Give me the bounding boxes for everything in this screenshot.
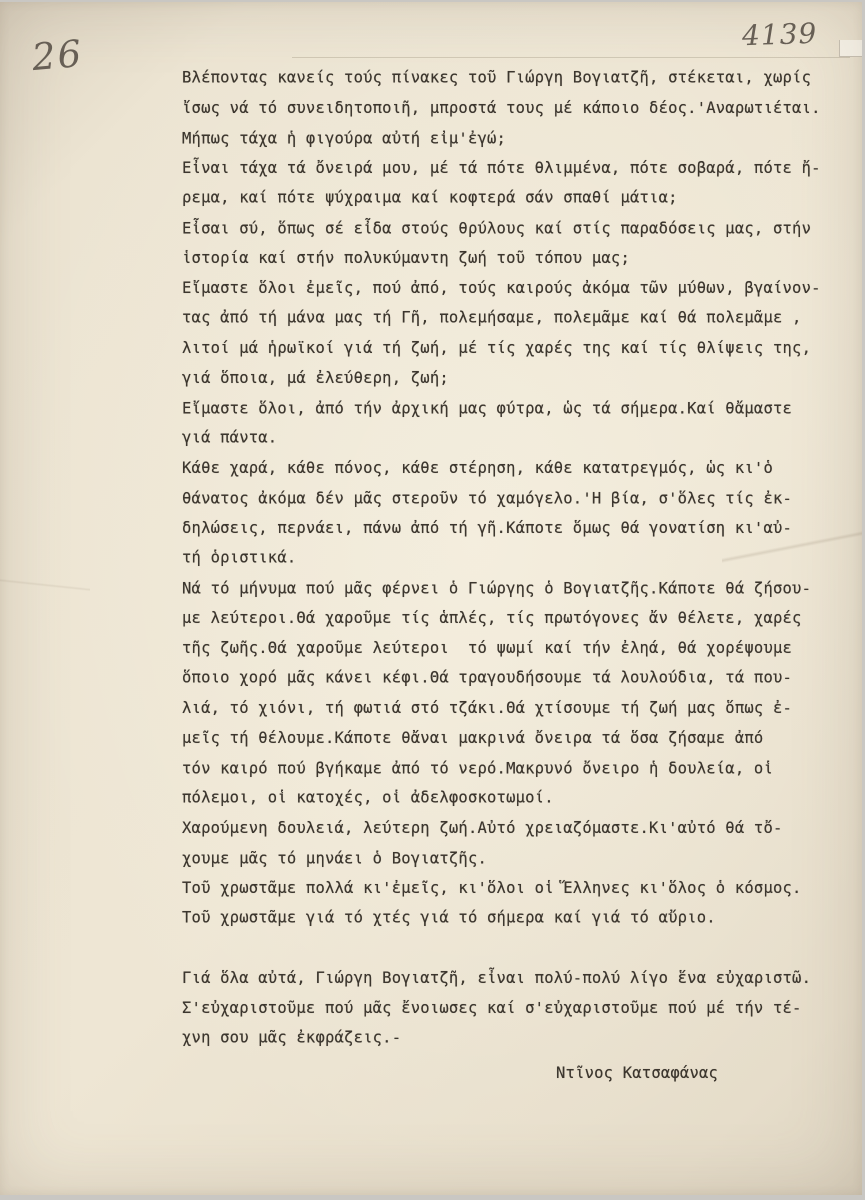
text-line: ὅποιο χορό μᾶς κάνει κέφι.Θά τραγουδήσου… xyxy=(182,663,847,693)
text-line: ρεμα, καί πότε ψύχραιμα καί κοφτερά σάν … xyxy=(182,183,847,213)
text-line: δηλώσεις, περνάει, πάνω ἀπό τή γῆ.Κάποτε… xyxy=(182,513,847,543)
text-line: Γιά ὅλα αὐτά, Γιώργη Βογιατζῆ, εἶναι πολ… xyxy=(182,963,847,993)
text-line: Κάθε χαρά, κάθε πόνος, κάθε στέρηση, κάθ… xyxy=(182,453,847,483)
paper-corner-notch xyxy=(839,40,862,57)
text-line: ἴσως νά τό συνειδητοποιῆ, μπροστά τους μ… xyxy=(182,93,847,123)
text-line: Μήπως τάχα ἡ φιγούρα αὐτή εἰμ'ἐγώ; xyxy=(182,124,847,154)
scan-artifact-line xyxy=(292,57,850,58)
text-line: Εἶναι τάχα τά ὄνειρά μου, μέ τά πότε θλι… xyxy=(182,153,847,183)
text-line: Εἴμαστε ὅλοι, ἀπό τήν ἀρχική μας φύτρα, … xyxy=(182,394,847,424)
text-line: Τοῦ χρωστᾶμε πολλά κι'ἐμεῖς, κι'ὅλοι οἱ … xyxy=(182,873,847,903)
text-line xyxy=(182,934,847,964)
text-line: λιτοί μά ἡρωϊκοί γιά τή ζωή, μέ τίς χαρέ… xyxy=(182,333,847,363)
handwritten-page-number: 26 xyxy=(30,32,85,79)
text-line: τῆς ζωῆς.Θά χαροῦμε λεύτεροι τό ψωμί καί… xyxy=(182,633,847,663)
text-line: λιά, τό χιόνι, τή φωτιά στό τζάκι.Θά χτί… xyxy=(182,693,847,723)
text-line: γιά πάντα. xyxy=(182,423,847,453)
text-line: χουμε μᾶς τό μηνάει ὁ Βογιατζῆς. xyxy=(182,844,847,874)
text-line: τή ὁριστικά. xyxy=(182,543,847,573)
text-line: γιά ὅποια, μά ἐλεύθερη, ζωή; xyxy=(182,363,847,393)
text-line: πόλεμοι, οἱ κατοχές, οἱ ἀδελφοσκοτωμοί. xyxy=(182,783,847,813)
text-line: με λεύτεροι.Θά χαροῦμε τίς ἁπλές, τίς πρ… xyxy=(182,603,847,633)
text-line: Σ'εὐχαριστοῦμε πού μᾶς ἔνοιωσες καί σ'εὐ… xyxy=(182,993,847,1023)
paper-crease-left xyxy=(0,562,90,608)
text-line: Εἶσαι σύ, ὅπως σέ εἶδα στούς θρύλους καί… xyxy=(182,214,847,244)
text-line: Τοῦ χρωστᾶμε γιά τό χτές γιά τό σήμερα κ… xyxy=(182,903,847,933)
text-line: ἱστορία καί στήν πολυκύμαντη ζωή τοῦ τόπ… xyxy=(182,243,847,273)
text-line: Χαρούμενη δουλειά, λεύτερη ζωή.Αὐτό χρει… xyxy=(182,813,847,843)
text-line: Νά τό μήνυμα πού μᾶς φέρνει ὁ Γιώργης ὁ … xyxy=(182,574,847,604)
handwritten-catalog-number: 4139 xyxy=(741,17,817,53)
text-line: χνη σου μᾶς ἐκφράζεις.- xyxy=(182,1023,847,1053)
signature: Ντῖνος Κατσαφάνας xyxy=(182,1058,847,1088)
typed-body: Βλέποντας κανείς τούς πίνακες τοῦ Γιώργη… xyxy=(182,63,847,1088)
text-line: θάνατος ἀκόμα δέν μᾶς στεροῦν τό χαμόγελ… xyxy=(182,484,847,514)
text-line: Εἴμαστε ὅλοι ἐμεῖς, πού ἀπό, τούς καιρού… xyxy=(182,273,847,303)
text-line: τόν καιρό πού βγήκαμε ἀπό τό νερό.Μακρυν… xyxy=(182,754,847,784)
text-line: Βλέποντας κανείς τούς πίνακες τοῦ Γιώργη… xyxy=(182,63,847,93)
text-line: τας ἀπό τή μάνα μας τή Γῆ, πολεμήσαμε, π… xyxy=(182,303,847,333)
text-line: μεῖς τή θέλουμε.Κάποτε θἄναι μακρινά ὄνε… xyxy=(182,723,847,753)
